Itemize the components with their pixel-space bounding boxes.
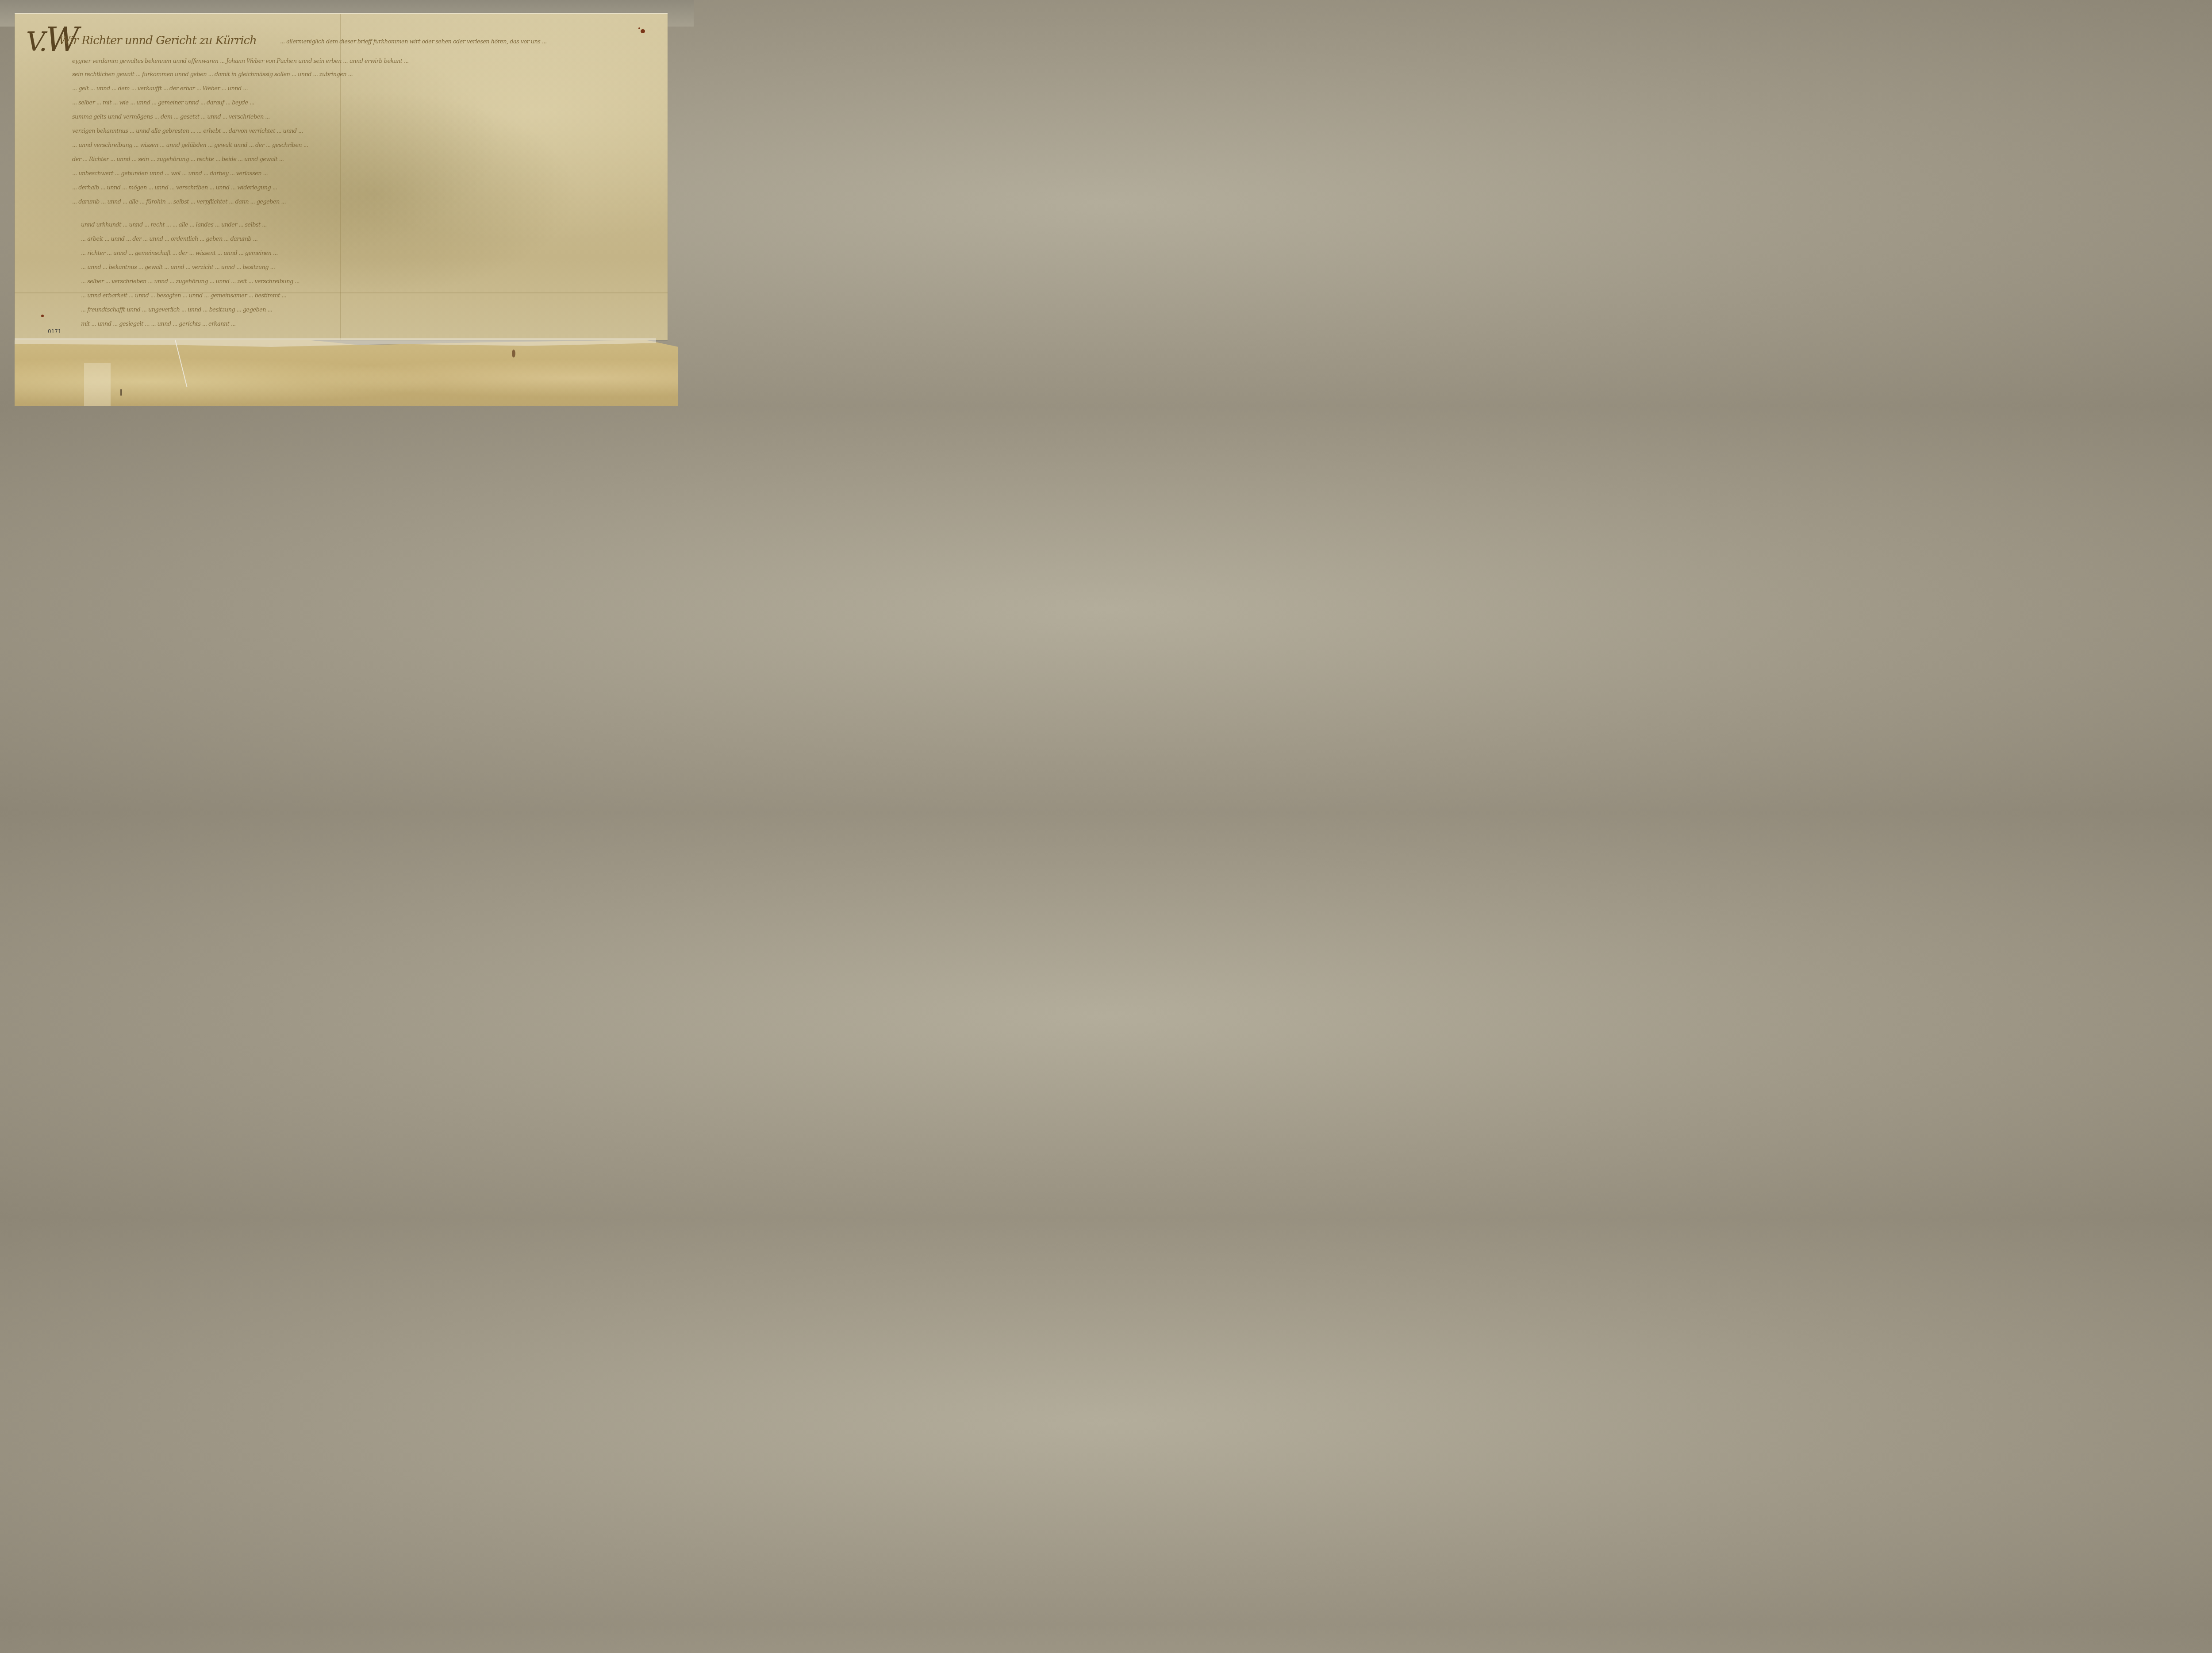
text-line: ... unnd erbarkeit ... unnd ... besagten… xyxy=(81,292,647,299)
seal-slit-mark xyxy=(512,350,515,358)
charter-heading: Wir Richter unnd Gericht zu Kürrich xyxy=(59,34,257,47)
text-line: eygner verdamm gewaltes bekennen unnd of… xyxy=(72,58,656,65)
text-line: ... gelt ... unnd ... dem ... verkaufft … xyxy=(72,85,656,92)
parchment-sheet: V.W Wir Richter unnd Gericht zu Kürrich … xyxy=(15,13,668,340)
plica-ink-mark xyxy=(120,389,122,396)
text-line: ... richter ... unnd ... gemeinschaft ..… xyxy=(81,250,647,257)
text-line: ... unnd ... bekantnus ... gewalt ... un… xyxy=(81,264,647,271)
text-line: sein rechtlichen gewalt ... furkommen un… xyxy=(72,71,656,78)
text-line: ... derhalb ... unnd ... mögen ... unnd … xyxy=(72,185,656,191)
text-line: ... unbeschwert ... gebunden unnd ... wo… xyxy=(72,170,656,177)
text-line: ... selber ... verschrieben ... unnd ...… xyxy=(81,278,647,285)
red-stain xyxy=(638,27,640,29)
text-line: summa gelts unnd vermögens ... dem ... g… xyxy=(72,114,656,120)
text-line: ... allermeniglich dem dieser brieff fur… xyxy=(280,38,656,45)
text-line: mit ... unnd ... gesiegelt ... ... unnd … xyxy=(81,321,647,327)
heading-mark: V. xyxy=(26,27,46,58)
text-line: verzigen bekanntnus ... unnd alle gebres… xyxy=(72,128,656,135)
text-line: ... arbeit ... unnd ... der ... unnd ...… xyxy=(81,236,647,242)
text-line: unnd urkhundt ... unnd ... recht ... ...… xyxy=(81,222,647,228)
text-line: ... unnd verschreibung ... wissen ... un… xyxy=(72,142,656,149)
text-line: ... selber ... mit ... wie ... unnd ... … xyxy=(72,100,656,106)
red-stain xyxy=(641,29,645,33)
red-stain xyxy=(41,315,44,317)
text-line: der ... Richter ... unnd ... sein ... zu… xyxy=(72,156,656,163)
text-line: ... freundtschafft unnd ... ungeverlich … xyxy=(81,307,647,313)
folded-plica xyxy=(15,340,678,406)
plica-repair-patch xyxy=(84,363,111,406)
archive-pencil-mark: 0171 xyxy=(48,328,61,334)
text-line: ... darumb ... unnd ... alle ... fürohin… xyxy=(72,199,656,205)
